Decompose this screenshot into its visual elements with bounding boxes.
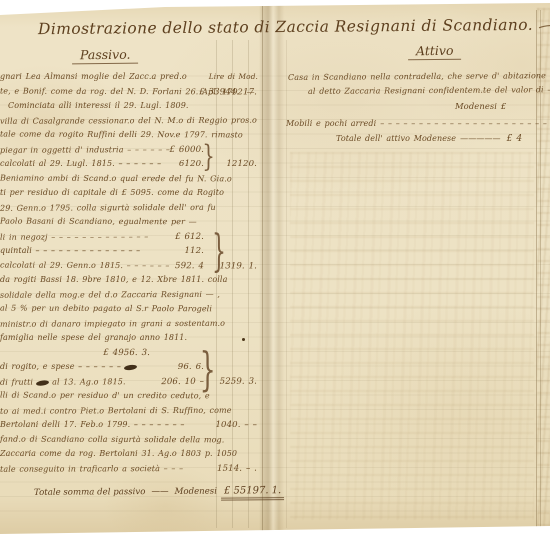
ledger-line: quintali – – – – – – – – – – – – – –112. [0,244,260,259]
ledger-group-total: 1514. – . [217,461,257,476]
ledger-line: famiglia nelle spese del granajo anno 18… [0,331,260,346]
ledger-line-text: Zaccaria come da rog. Bertolani 31. Ag.o… [0,449,237,458]
ledger-line-text: li in negozj – – – – – – – – – – – – – [0,232,148,242]
ledger-line-text: Cominciata alli interessi il 29. Lugl. 1… [8,101,189,110]
ledger-group-total: 12120. [226,157,257,172]
ledger-line-text: to ai med.i contro Piet.o Bertolani di S… [0,405,232,415]
ledger-line: piegar in oggetti d' industria – – – – –… [0,142,260,158]
ledger-line-text: gnari Lea Almansi moglie del Zacc.a pred… [0,72,187,81]
dash-leader: – – – – – – – – – – – – – – – – – – – – … [380,119,548,128]
ledger-line-text: di rogito, e spese – – – – – – [0,362,121,371]
ledger-group-total: 1319. 1. [220,259,257,274]
ledger-line-text: solidale della mog.e del d.o Zaccaria Re… [0,289,220,299]
attivo-total-label: Totale dell' attivo Modenese [336,134,456,143]
ledger-line-text: ministr.o di danaro impiegato in grani a… [0,318,225,328]
ledger-amount: £ 612. [175,229,204,244]
attivo-line-1: Casa in Scandiano nella contradella, che… [288,71,550,82]
passivo-total-label: Totale somma del passivo [34,487,145,498]
ledger-line-text: Paolo Basani di Scandiano, egualmente pe… [0,217,197,227]
ledger-line: te, e Bonif. come da rog. del N. D. Forl… [0,84,260,99]
ledger-line: gnari Lea Almansi moglie del Zacc.a pred… [0,70,260,85]
passivo-total-line: Totale somma del passivo——Modenesi£ 5519… [34,485,284,498]
ledger-line-text: Bertolani delli 17. Feb.o 1799. – – – – … [0,420,184,429]
ledger-line-text: Beniamino ambi di Scand.o qual erede del… [0,173,232,183]
ink-dot [242,338,245,341]
ledger-line: Paolo Basani di Scandiano, egualmente pe… [0,215,260,230]
ledger-amount: 6120. [179,157,204,172]
ledger-line-text: tale come da rogito Ruffini delli 29. No… [0,130,243,140]
ledger-line: lli di Scand.o per residuo d' un credito… [0,389,260,404]
ledger-line: al 5 % per un debito pagato al S.r Paolo… [0,302,260,317]
column-rule [286,40,287,528]
ledger-line: calcolati al 29. Genn.o 1815. – – – – – … [0,258,260,273]
ledger-line: ti per residuo di capitale di £ 5095. co… [0,186,260,201]
passivo-ledger: gnari Lea Almansi moglie del Zacc.a pred… [0,70,260,476]
ledger-line: ministr.o di danaro impiegato in grani a… [0,316,260,332]
ledger-line-text: da rogiti Bassi 18. 9bre 1810, e 12. Xbr… [0,275,227,284]
ledger-line: Zaccaria come da rog. Bertolani 31. Ag.o… [0,447,260,462]
attivo-mobili-label: Mobili e pochi arredi [286,119,376,128]
ledger-group-total: 1040. – – [215,418,257,433]
ink-blot [36,379,50,386]
ledger-amount: 112. [184,244,204,259]
ledger-line-text-cont: al 13. Ag.o 1815. [52,377,126,386]
page-fold-line [262,4,263,532]
ledger-line-text: ti per residuo di capitale di £ 5095. co… [0,188,224,197]
ledger-line-text: quintali – – – – – – – – – – – – – – [0,246,140,255]
ledger-line: di fruttial 13. Ag.o 1815.206. 10 –5259.… [0,374,260,390]
ledger-amount: 592. 4 [175,259,204,274]
dash-leader: ————— [460,134,501,143]
ledger-group-total: £ 33944. 17. [199,85,257,100]
ink-blot [124,364,138,371]
ledger-line: di rogito, e spese – – – – – –96. 6. [0,360,260,375]
page-fold [260,4,284,532]
ledger-amount: 96. 6. [178,360,204,375]
ledger-line: da rogiti Bassi 18. 9bre 1810, e 12. Xbr… [0,273,260,288]
ledger-amount: £ 4956. 3. [103,345,150,360]
manuscript-scan: Dimostrazione dello stato di Zaccia Resi… [0,0,550,550]
ledger-group-total: 5259. 3. [220,374,257,389]
total-dash: —— [151,487,168,497]
ledger-line-text: fand.o di Scandiano colla sigurtà solida… [0,434,224,444]
ledger-line: li in negozj – – – – – – – – – – – – –£ … [0,229,260,245]
ledger-line-text: calcolati al 29. Lugl. 1815. – – – – – – [0,159,161,168]
ledger-line: calcolati al 29. Lugl. 1815. – – – – – –… [0,157,260,172]
ledger-line-text: piegar in oggetti d' industria – – – – –… [0,145,170,155]
passivo-total-currency: Modenesi [175,487,217,497]
ledger-amount: 206. 10 – [161,374,204,389]
paper-sheet: Dimostrazione dello stato di Zaccia Resi… [0,0,550,550]
ledger-line: to ai med.i contro Piet.o Bertolani di S… [0,403,260,419]
ledger-amount: £ 6000. [169,142,204,157]
ledger-line: tale come da rogito Ruffini delli 29. No… [0,128,260,143]
ledger-line: solidale della mog.e del d.o Zaccaria Re… [0,287,260,303]
ledger-line: villa di Casalgrande cessionar.o del N. … [0,113,260,129]
ledger-line-text: 29. Genn.o 1795. colla sigurtà solidale … [0,202,216,212]
ledger-line-text: di frutti [0,377,33,386]
attivo-total-line: Totale dell' attivo Modenese—————£ 4 [336,134,550,144]
passivo-column-header: Passivo. [72,47,139,65]
attivo-line-2: al detto Zaccaria Resignani confidentem.… [308,85,550,96]
document-title: Dimostrazione dello stato di Zaccia Resi… [38,16,538,38]
ledger-line-text: famiglia nelle spese del granajo anno 18… [0,333,187,342]
ledger-line: 29. Genn.o 1795. colla sigurtà solidale … [0,200,260,216]
passivo-total-amount: £ 55197. 1. [221,485,284,500]
ledger-line: fand.o di Scandiano colla sigurtà solida… [0,432,260,447]
title-flourish-icon [537,18,550,33]
ledger-line: £ 4956. 3. [0,345,260,360]
attivo-currency: Modenesi £ [455,101,506,111]
ledger-group-total: Lire di Mod. [209,70,258,85]
attivo-column-header: Attivo [408,43,462,61]
title-text: Dimostrazione dello stato di Zaccia Resi… [38,16,533,38]
ledger-line: tale conseguito in traficarlo a società … [0,461,260,477]
attivo-total-amount: £ 4 [505,134,525,144]
ledger-line: Cominciata alli interessi il 29. Lugl. 1… [0,99,260,114]
ledger-line: Beniamino ambi di Scand.o qual erede del… [0,171,260,186]
bleedthrough-texture [290,152,534,520]
attivo-line-mobili: Mobili e pochi arredi– – – – – – – – – –… [286,119,548,128]
ledger-line-text: lli di Scand.o per residuo d' un credito… [0,391,210,401]
ledger-line-text: calcolati al 29. Genn.o 1815. – – – – – … [0,260,170,270]
ledger-line-text: tale conseguito in traficarlo a società … [0,463,183,473]
ledger-line-text: al 5 % per un debito pagato al S.r Paolo… [0,304,212,314]
ledger-line: Bertolani delli 17. Feb.o 1799. – – – – … [0,418,260,433]
ledger-line-text: villa di Casalgrande cessionar.o del N. … [0,115,257,125]
